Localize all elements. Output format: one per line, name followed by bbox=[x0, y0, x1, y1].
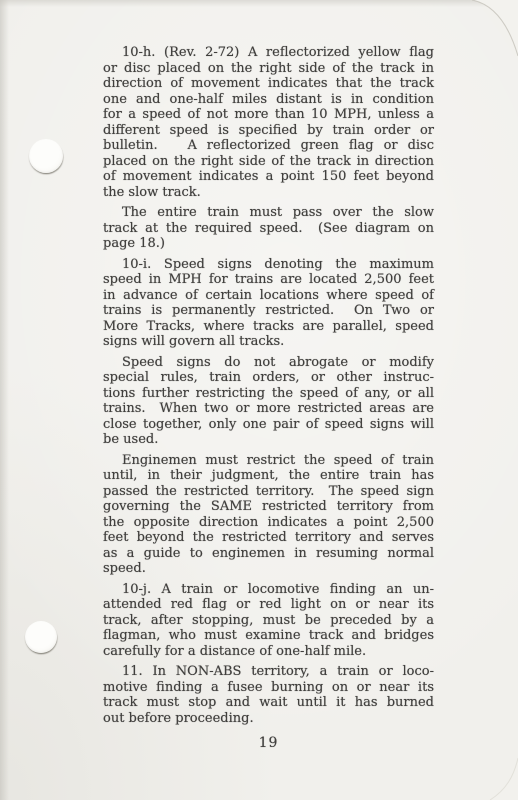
text-line: 10-j. A train or locomotive finding an u… bbox=[103, 582, 434, 598]
text-line: 10-i. Speed signs denoting the maximum bbox=[103, 257, 434, 273]
text-line: 10-h. (Rev. 2-72) A reflectorized yellow… bbox=[103, 45, 434, 61]
page-text-column: 10-h. (Rev. 2-72) A reflectorized yellow… bbox=[103, 45, 434, 726]
text-line: motive finding a fusee burning on or nea… bbox=[103, 680, 434, 696]
text-line: track, after stopping, must be preceded … bbox=[103, 613, 434, 629]
punch-hole-bottom bbox=[25, 621, 57, 653]
paragraph-slow-track-note: The entire train must pass over the slow… bbox=[103, 205, 434, 252]
page-number: 19 bbox=[103, 735, 434, 751]
text-line: for a speed of not more than 10 MPH, unl… bbox=[103, 107, 434, 123]
text-line: flagman, who must examine track and brid… bbox=[103, 628, 434, 644]
book-page: 10-h. (Rev. 2-72) A reflectorized yellow… bbox=[0, 0, 518, 800]
text-line: or disc placed on the right side of the … bbox=[103, 61, 434, 77]
text-line: 11. In NON-ABS territory, a train or loc… bbox=[103, 664, 434, 680]
text-line: be used. bbox=[103, 432, 434, 448]
text-line: out before proceeding. bbox=[103, 711, 434, 727]
text-line: close together, only one pair of speed s… bbox=[103, 417, 434, 433]
text-line: different speed is specified by train or… bbox=[103, 123, 434, 139]
text-line: governing the SAME restricted territory … bbox=[103, 499, 434, 515]
text-line: special rules, train orders, or other in… bbox=[103, 370, 434, 386]
text-line: in advance of certain locations where sp… bbox=[103, 288, 434, 304]
text-line: tions further restricting the speed of a… bbox=[103, 386, 434, 402]
text-line: as a guide to enginemen in resuming norm… bbox=[103, 546, 434, 562]
text-line: of movement indicates a point 150 feet b… bbox=[103, 169, 434, 185]
page-left-edge-shadow bbox=[0, 0, 9, 800]
text-line: the slow track. bbox=[103, 185, 434, 201]
text-line: trains. When two or more restricted area… bbox=[103, 401, 434, 417]
text-line: passed the restricted territory. The spe… bbox=[103, 484, 434, 500]
text-line: speed in MPH for trains are located 2,50… bbox=[103, 272, 434, 288]
paragraph-rule-10-h: 10-h. (Rev. 2-72) A reflectorized yellow… bbox=[103, 45, 434, 200]
paragraph-rule-10-j: 10-j. A train or locomotive finding an u… bbox=[103, 582, 434, 660]
punch-hole-top bbox=[29, 139, 63, 173]
page-corner-curve-bottom-right bbox=[478, 750, 518, 800]
paragraph-enginemen-note: Enginemen must restrict the speed of tra… bbox=[103, 453, 434, 577]
text-line: bulletin. A reflectorized green flag or … bbox=[103, 138, 434, 154]
text-line: trains is permanently restricted. On Two… bbox=[103, 303, 434, 319]
text-line: the opposite direction indicates a point… bbox=[103, 515, 434, 531]
text-line: feet beyond the restricted territory and… bbox=[103, 530, 434, 546]
text-line: attended red flag or red light on or nea… bbox=[103, 597, 434, 613]
text-line: placed on the right side of the track in… bbox=[103, 154, 434, 170]
page-corner-curve-top-right bbox=[448, 0, 518, 70]
text-line: page 18.) bbox=[103, 236, 434, 252]
text-line: track must stop and wait until it has bu… bbox=[103, 695, 434, 711]
text-line: speed. bbox=[103, 561, 434, 577]
text-line: one and one-half miles distant is in con… bbox=[103, 92, 434, 108]
text-line: until, in their judgment, the entire tra… bbox=[103, 468, 434, 484]
text-line: direction of movement indicates that the… bbox=[103, 76, 434, 92]
text-line: The entire train must pass over the slow bbox=[103, 205, 434, 221]
paragraph-speed-signs-note: Speed signs do not abrogate or modifyspe… bbox=[103, 355, 434, 448]
text-line: Enginemen must restrict the speed of tra… bbox=[103, 453, 434, 469]
text-line: signs will govern all tracks. bbox=[103, 334, 434, 350]
paragraph-rule-10-i: 10-i. Speed signs denoting the maximumsp… bbox=[103, 257, 434, 350]
text-line: Speed signs do not abrogate or modify bbox=[103, 355, 434, 371]
paragraph-rule-11: 11. In NON-ABS territory, a train or loc… bbox=[103, 664, 434, 726]
text-line: track at the required speed. (See diagra… bbox=[103, 221, 434, 237]
page-top-edge-shadow bbox=[0, 0, 518, 7]
text-line: More Tracks, where tracks are parallel, … bbox=[103, 319, 434, 335]
text-line: carefully for a distance of one-half mil… bbox=[103, 644, 434, 660]
